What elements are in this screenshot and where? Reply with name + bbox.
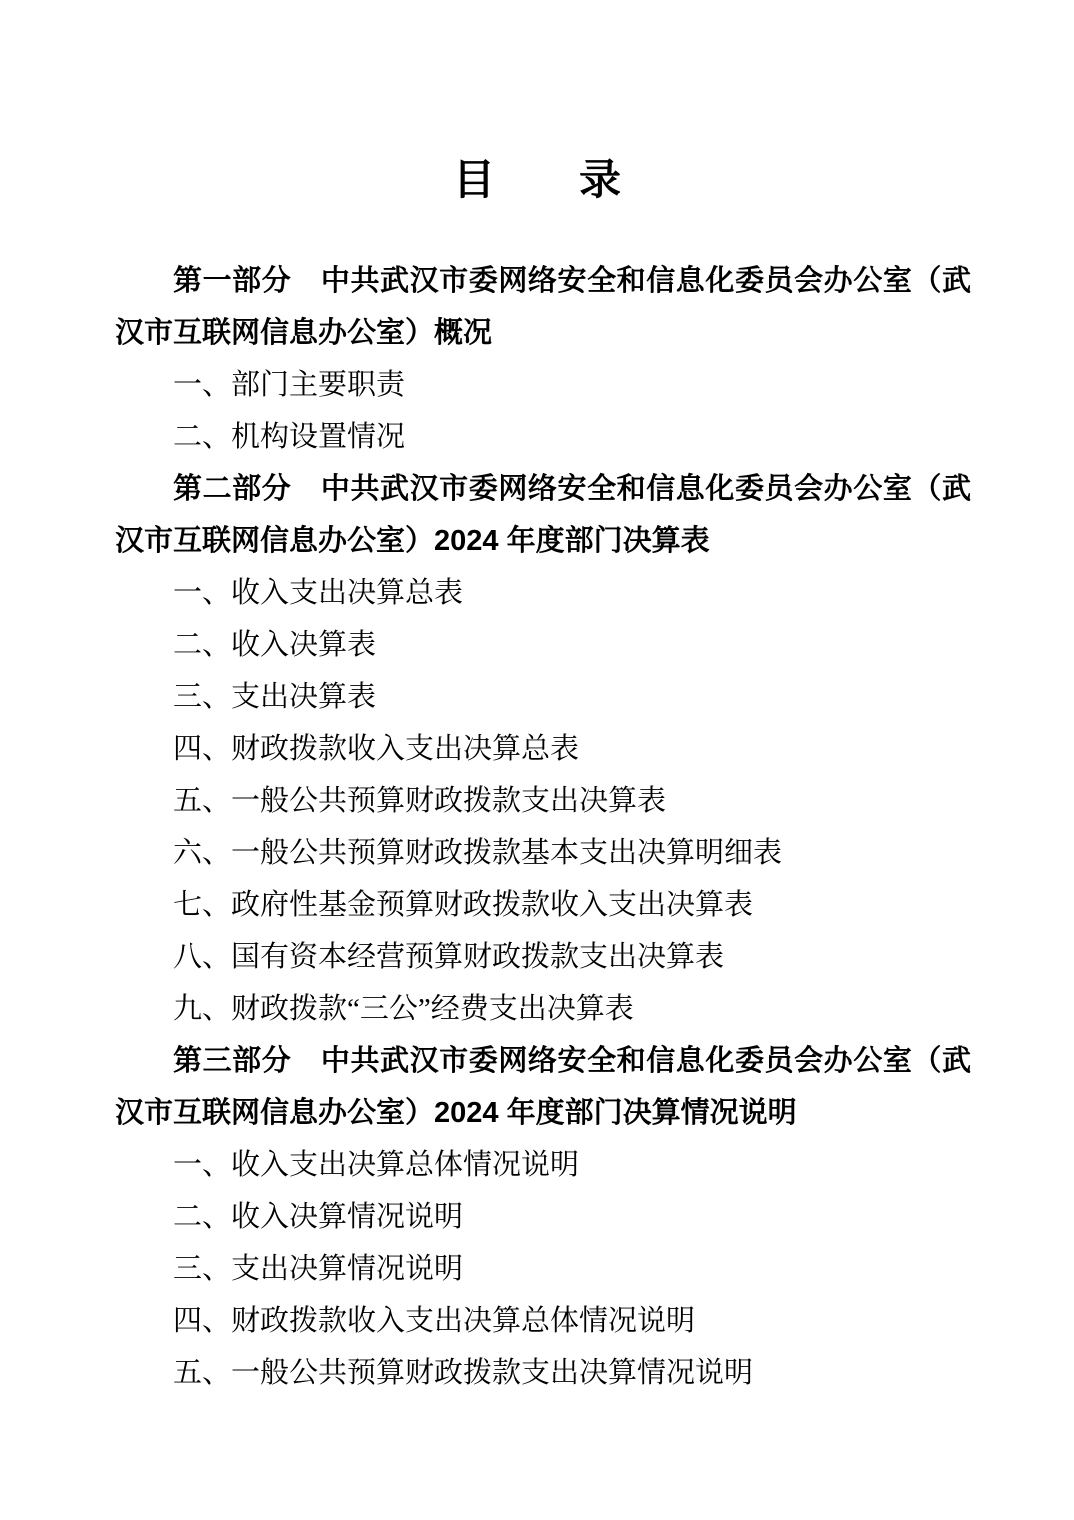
toc-item: 一、部门主要职责: [115, 359, 971, 411]
toc-item: 五、一般公共预算财政拨款支出决算情况说明: [115, 1347, 971, 1399]
toc-item: 一、收入支出决算总表: [115, 567, 971, 619]
page-title: 目 录: [0, 150, 1074, 210]
toc-item: 二、收入决算情况说明: [115, 1191, 971, 1243]
toc-section-heading: 第二部分 中共武汉市委网络安全和信息化委员会办公室（武汉市互联网信息办公室）20…: [115, 463, 971, 567]
toc-item: 八、国有资本经营预算财政拨款支出决算表: [115, 931, 971, 983]
toc-item: 二、收入决算表: [115, 619, 971, 671]
toc-item: 四、财政拨款收入支出决算总表: [115, 723, 971, 775]
toc-item: 二、机构设置情况: [115, 411, 971, 463]
toc-item: 七、政府性基金预算财政拨款收入支出决算表: [115, 879, 971, 931]
toc-item: 六、一般公共预算财政拨款基本支出决算明细表: [115, 827, 971, 879]
toc-section-heading: 第一部分 中共武汉市委网络安全和信息化委员会办公室（武汉市互联网信息办公室）概况: [115, 255, 971, 359]
toc-item: 九、财政拨款“三公”经费支出决算表: [115, 983, 971, 1035]
toc-item: 五、一般公共预算财政拨款支出决算表: [115, 775, 971, 827]
document-page: 目 录 第一部分 中共武汉市委网络安全和信息化委员会办公室（武汉市互联网信息办公…: [0, 0, 1074, 1520]
toc-content: 第一部分 中共武汉市委网络安全和信息化委员会办公室（武汉市互联网信息办公室）概况…: [115, 255, 971, 1399]
toc-item: 三、支出决算表: [115, 671, 971, 723]
toc-item: 一、收入支出决算总体情况说明: [115, 1139, 971, 1191]
toc-item: 四、财政拨款收入支出决算总体情况说明: [115, 1295, 971, 1347]
toc-item: 三、支出决算情况说明: [115, 1243, 971, 1295]
toc-section-heading: 第三部分 中共武汉市委网络安全和信息化委员会办公室（武汉市互联网信息办公室）20…: [115, 1035, 971, 1139]
